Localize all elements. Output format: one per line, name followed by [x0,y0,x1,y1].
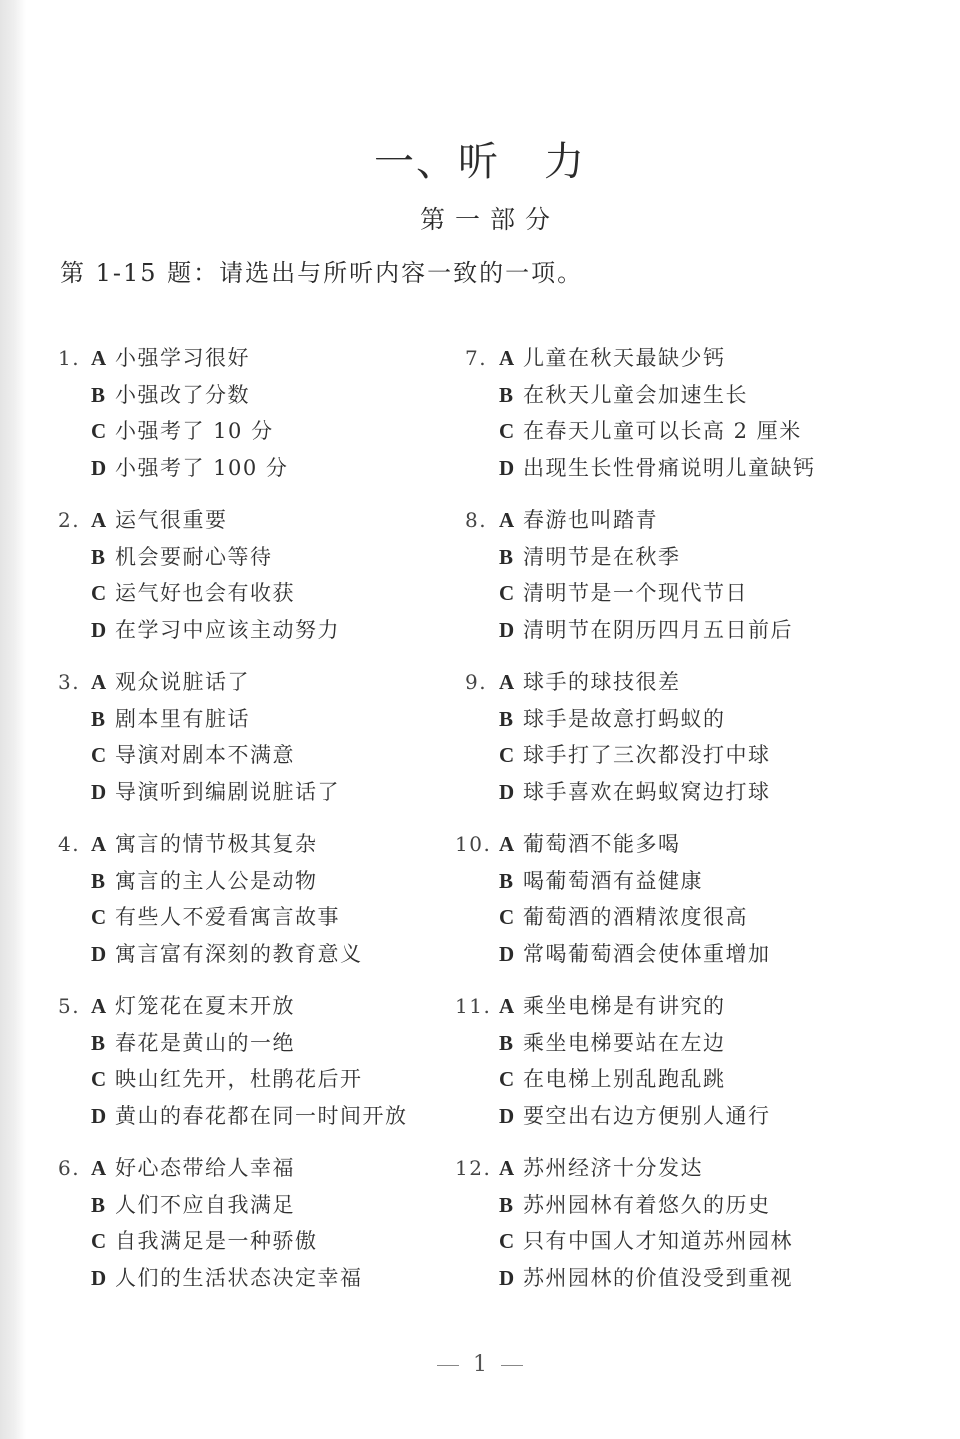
answer-option: 12.B苏州园林有着悠久的历史 [465,1187,816,1224]
question-number: 5. [58,988,91,1025]
option-text: 清明节是在秋季 [523,545,681,569]
answer-option: 9.C球手打了三次都没打中球 [465,737,816,774]
option-letter: A [499,1150,523,1187]
option-letter: D [499,1260,523,1297]
option-text: 球手是故意打蚂蚁的 [523,707,726,731]
answer-option: 4.C有些人不爱看寓言故事 [58,899,408,936]
answer-option: 7.C在春天儿童可以长高 2 厘米 [465,413,816,450]
option-text: 小强改了分数 [115,383,250,407]
answer-option: 9.A球手的球技很差 [465,664,816,701]
answer-option: 7.B在秋天儿童会加速生长 [465,377,816,414]
section-title: 一、听力 [0,130,960,187]
answer-option: 5.C映山红先开，杜鹃花后开 [58,1061,408,1098]
question-number: 11. [455,988,499,1025]
option-text: 在学习中应该主动努力 [115,618,340,642]
answer-option: 10.C葡萄酒的酒精浓度很高 [465,899,816,936]
answer-option: 11.C在电梯上别乱跑乱跳 [465,1061,816,1098]
answer-option: 10.A葡萄酒不能多喝 [465,826,816,863]
option-text: 乘坐电梯要站在左边 [523,1031,726,1055]
option-letter: C [499,413,523,450]
answer-option: 8.D清明节在阴历四月五日前后 [465,612,816,649]
option-letter: D [499,936,523,973]
option-letter: A [499,826,523,863]
answer-option: 7.A儿童在秋天最缺少钙 [465,340,816,377]
option-text: 在秋天儿童会加速生长 [523,383,748,407]
option-text: 要空出右边方便别人通行 [523,1104,771,1128]
option-letter: B [91,701,115,738]
option-text: 春花是黄山的一绝 [115,1031,295,1055]
answer-option: 8.C清明节是一个现代节日 [465,575,816,612]
option-text: 喝葡萄酒有益健康 [523,869,703,893]
option-letter: C [499,1061,523,1098]
option-letter: B [499,377,523,414]
option-text: 寓言的情节极其复杂 [115,832,318,856]
option-letter: A [91,664,115,701]
answer-option: 12.A苏州经济十分发达 [465,1150,816,1187]
question-item: 9.A球手的球技很差9.B球手是故意打蚂蚁的9.C球手打了三次都没打中球9.D球… [465,664,816,826]
question-item: 7.A儿童在秋天最缺少钙7.B在秋天儿童会加速生长7.C在春天儿童可以长高 2 … [465,340,816,502]
answer-option: 5.A灯笼花在夏末开放 [58,988,408,1025]
footer-dash-right [501,1365,523,1366]
answer-option: 2.B机会要耐心等待 [58,539,408,576]
answer-option: 12.D苏州园林的价值没受到重视 [465,1260,816,1297]
option-letter: C [91,1061,115,1098]
question-item: 4.A寓言的情节极其复杂4.B寓言的主人公是动物4.C有些人不爱看寓言故事4.D… [58,826,408,988]
instruction-text: 第 1-15 题：请选出与所听内容一致的一项。 [60,253,583,288]
question-number: 10. [455,826,499,863]
option-text: 清明节是一个现代节日 [523,581,748,605]
question-item: 5.A灯笼花在夏末开放5.B春花是黄山的一绝5.C映山红先开，杜鹃花后开5.D黄… [58,988,408,1150]
option-letter: B [499,701,523,738]
option-letter: D [499,1098,523,1135]
answer-option: 3.B剧本里有脏话 [58,701,408,738]
option-letter: C [91,899,115,936]
answer-option: 1.A小强学习很好 [58,340,408,377]
option-text: 春游也叫踏青 [523,508,658,532]
option-text: 出现生长性骨痛说明儿童缺钙 [523,456,816,480]
option-letter: B [91,1187,115,1224]
option-text: 映山红先开，杜鹃花后开 [115,1067,363,1091]
page-number: 1 [473,1352,487,1377]
answer-option: 1.D小强考了 100 分 [58,450,408,487]
option-letter: B [499,1187,523,1224]
answer-option: 8.B清明节是在秋季 [465,539,816,576]
option-letter: C [91,575,115,612]
option-letter: D [91,936,115,973]
option-text: 剧本里有脏话 [115,707,250,731]
option-text: 灯笼花在夏末开放 [115,994,295,1018]
option-text: 好心态带给人幸福 [115,1156,295,1180]
answer-option: 4.A寓言的情节极其复杂 [58,826,408,863]
footer-dash-left [437,1365,459,1366]
option-letter: A [499,664,523,701]
answer-option: 11.B乘坐电梯要站在左边 [465,1025,816,1062]
option-text: 运气好也会有收获 [115,581,295,605]
option-text: 小强考了 100 分 [115,456,288,480]
question-item: 6.A好心态带给人幸福6.B人们不应自我满足6.C自我满足是一种骄傲6.D人们的… [58,1150,408,1312]
section-title-main: 一、听 [374,139,500,185]
option-letter: B [91,1025,115,1062]
option-letter: C [499,737,523,774]
option-letter: B [91,863,115,900]
answer-option: 3.D导演听到编剧说脏话了 [58,774,408,811]
answer-option: 10.B喝葡萄酒有益健康 [465,863,816,900]
option-text: 清明节在阴历四月五日前后 [523,618,793,642]
answer-option: 10.D常喝葡萄酒会使体重增加 [465,936,816,973]
option-text: 观众说脏话了 [115,670,250,694]
question-number: 2. [58,502,91,539]
question-item: 10.A葡萄酒不能多喝10.B喝葡萄酒有益健康10.C葡萄酒的酒精浓度很高10.… [465,826,816,988]
option-letter: B [499,539,523,576]
question-number: 9. [465,664,499,701]
question-number: 3. [58,664,91,701]
option-text: 有些人不爱看寓言故事 [115,905,340,929]
answer-option: 2.C运气好也会有收获 [58,575,408,612]
question-number: 7. [465,340,499,377]
option-text: 儿童在秋天最缺少钙 [523,346,726,370]
option-letter: A [499,340,523,377]
option-text: 球手打了三次都没打中球 [523,743,771,767]
option-letter: D [91,1260,115,1297]
part-subtitle: 第一部分 [0,200,960,236]
question-item: 2.A运气很重要2.B机会要耐心等待2.C运气好也会有收获2.D在学习中应该主动… [58,502,408,664]
option-text: 在春天儿童可以长高 2 厘米 [523,419,802,443]
option-letter: A [91,1150,115,1187]
answer-option: 1.B小强改了分数 [58,377,408,414]
option-letter: B [499,1025,523,1062]
answer-option: 8.A春游也叫踏青 [465,502,816,539]
answer-option: 6.C自我满足是一种骄傲 [58,1223,408,1260]
option-text: 机会要耐心等待 [115,545,273,569]
option-text: 在电梯上别乱跑乱跳 [523,1067,726,1091]
answer-option: 2.A运气很重要 [58,502,408,539]
option-letter: C [91,413,115,450]
question-number: 6. [58,1150,91,1187]
option-text: 寓言富有深刻的教育意义 [115,942,363,966]
answer-option: 6.A好心态带给人幸福 [58,1150,408,1187]
question-number: 1. [58,340,91,377]
option-letter: B [91,377,115,414]
question-number: 8. [465,502,499,539]
option-text: 小强学习很好 [115,346,250,370]
option-text: 人们的生活状态决定幸福 [115,1266,363,1290]
option-text: 常喝葡萄酒会使体重增加 [523,942,771,966]
option-letter: D [499,450,523,487]
answer-option: 6.D人们的生活状态决定幸福 [58,1260,408,1297]
question-item: 8.A春游也叫踏青8.B清明节是在秋季8.C清明节是一个现代节日8.D清明节在阴… [465,502,816,664]
option-letter: A [91,988,115,1025]
option-text: 球手的球技很差 [523,670,681,694]
question-item: 11.A乘坐电梯是有讲究的11.B乘坐电梯要站在左边11.C在电梯上别乱跑乱跳1… [465,988,816,1150]
answer-option: 11.A乘坐电梯是有讲究的 [465,988,816,1025]
question-number: 4. [58,826,91,863]
questions-left-column: 1.A小强学习很好1.B小强改了分数1.C小强考了 10 分1.D小强考了 10… [58,340,408,1312]
option-text: 苏州园林有着悠久的历史 [523,1193,771,1217]
option-letter: A [91,826,115,863]
option-text: 自我满足是一种骄傲 [115,1229,318,1253]
answer-option: 2.D在学习中应该主动努力 [58,612,408,649]
option-text: 苏州经济十分发达 [523,1156,703,1180]
option-letter: D [91,1098,115,1135]
option-text: 运气很重要 [115,508,228,532]
answer-option: 1.C小强考了 10 分 [58,413,408,450]
question-item: 3.A观众说脏话了3.B剧本里有脏话3.C导演对剧本不满意3.D导演听到编剧说脏… [58,664,408,826]
question-item: 12.A苏州经济十分发达12.B苏州园林有着悠久的历史12.C只有中国人才知道苏… [465,1150,816,1312]
option-text: 只有中国人才知道苏州园林 [523,1229,793,1253]
option-letter: C [499,575,523,612]
option-letter: A [499,502,523,539]
option-text: 葡萄酒不能多喝 [523,832,681,856]
option-text: 葡萄酒的酒精浓度很高 [523,905,748,929]
option-letter: A [91,340,115,377]
answer-option: 4.B寓言的主人公是动物 [58,863,408,900]
option-text: 乘坐电梯是有讲究的 [523,994,726,1018]
answer-option: 12.C只有中国人才知道苏州园林 [465,1223,816,1260]
option-letter: C [91,737,115,774]
option-letter: C [499,899,523,936]
option-text: 人们不应自我满足 [115,1193,295,1217]
option-text: 小强考了 10 分 [115,419,274,443]
option-letter: C [91,1223,115,1260]
questions-right-column: 7.A儿童在秋天最缺少钙7.B在秋天儿童会加速生长7.C在春天儿童可以长高 2 … [465,340,816,1312]
option-text: 苏州园林的价值没受到重视 [523,1266,793,1290]
answer-option: 3.A观众说脏话了 [58,664,408,701]
option-letter: D [91,774,115,811]
answer-option: 5.D黄山的春花都在同一时间开放 [58,1098,408,1135]
option-letter: D [499,612,523,649]
answer-option: 11.D要空出右边方便别人通行 [465,1098,816,1135]
answer-option: 9.D球手喜欢在蚂蚁窝边打球 [465,774,816,811]
answer-option: 9.B球手是故意打蚂蚁的 [465,701,816,738]
option-letter: C [499,1223,523,1260]
answer-option: 5.B春花是黄山的一绝 [58,1025,408,1062]
option-letter: A [499,988,523,1025]
option-letter: D [91,450,115,487]
section-title-end: 力 [544,139,586,185]
option-letter: B [499,863,523,900]
option-text: 导演对剧本不满意 [115,743,295,767]
option-text: 黄山的春花都在同一时间开放 [115,1104,408,1128]
page-footer: 1 [0,1352,960,1377]
option-text: 球手喜欢在蚂蚁窝边打球 [523,780,771,804]
option-text: 导演听到编剧说脏话了 [115,780,340,804]
question-number: 12. [455,1150,499,1187]
question-item: 1.A小强学习很好1.B小强改了分数1.C小强考了 10 分1.D小强考了 10… [58,340,408,502]
option-letter: D [91,612,115,649]
answer-option: 4.D寓言富有深刻的教育意义 [58,936,408,973]
answer-option: 7.D出现生长性骨痛说明儿童缺钙 [465,450,816,487]
option-letter: D [499,774,523,811]
option-letter: B [91,539,115,576]
option-text: 寓言的主人公是动物 [115,869,318,893]
option-letter: A [91,502,115,539]
answer-option: 6.B人们不应自我满足 [58,1187,408,1224]
answer-option: 3.C导演对剧本不满意 [58,737,408,774]
